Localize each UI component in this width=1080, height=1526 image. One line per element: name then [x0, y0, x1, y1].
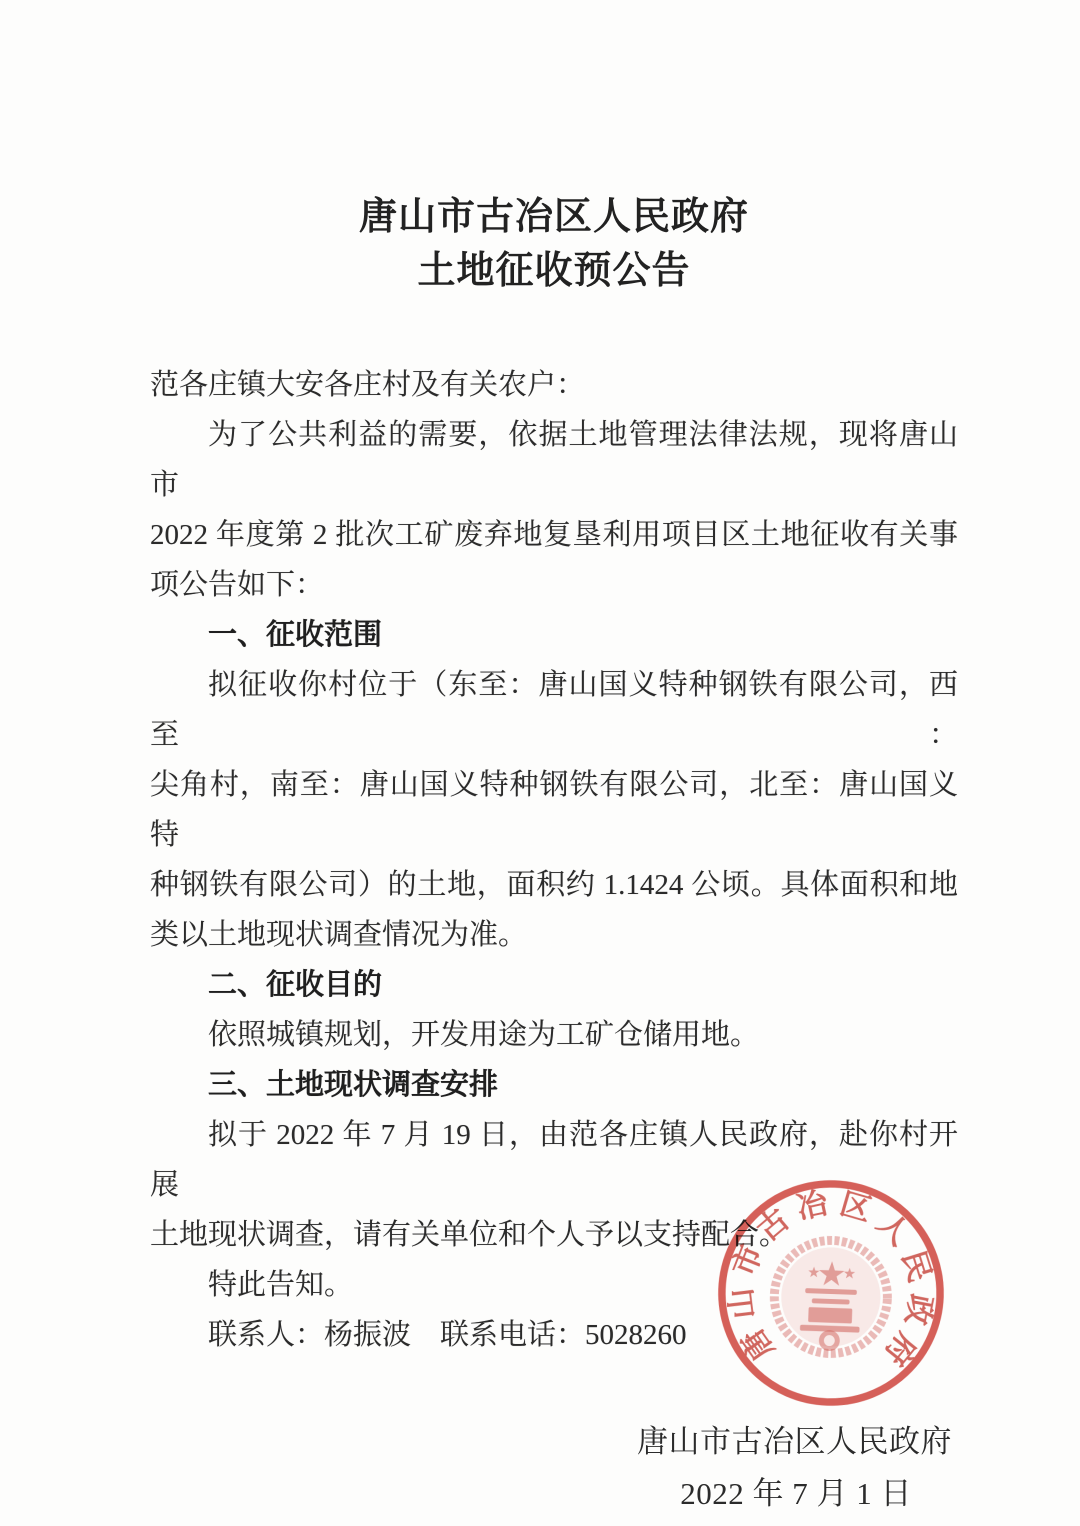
section-3-line-1: 拟于 2022 年 7 月 19 日，由范各庄镇人民政府，赴你村开展	[150, 1110, 958, 1210]
document-title-line-2: 土地征收预公告	[150, 244, 958, 298]
section-3-heading: 三、土地现状调查安排	[150, 1060, 958, 1110]
contact-line: 联系人：杨振波 联系电话：5028260	[150, 1310, 958, 1360]
section-3-line-2: 土地现状调查，请有关单位和个人予以支持配合。	[150, 1210, 958, 1260]
intro-line-3: 项公告如下：	[150, 560, 958, 610]
intro-line-1: 为了公共利益的需要，依据土地管理法律法规，现将唐山市	[150, 410, 958, 510]
section-1-line-3: 种钢铁有限公司）的土地，面积约 1.1424 公顷。具体面积和地	[150, 860, 958, 910]
section-1-line-1: 拟征收你村位于（东至：唐山国义特种钢铁有限公司，西至：	[150, 660, 958, 760]
signature-date: 2022 年 7 月 1 日	[150, 1468, 958, 1520]
closing-line: 特此告知。	[150, 1260, 958, 1310]
section-2-heading: 二、征收目的	[150, 960, 958, 1010]
intro-line-2: 2022 年度第 2 批次工矿废弃地复垦利用项目区土地征收有关事	[150, 510, 958, 560]
document-title: 唐山市古冶区人民政府 土地征收预公告	[150, 190, 958, 298]
section-1-line-4: 类以土地现状调查情况为准。	[150, 910, 958, 960]
announcement-page: 唐山市古冶区人民政府 土地征收预公告 范各庄镇大安各庄村及有关农户： 为了公共利…	[0, 0, 1080, 1526]
document-content: 唐山市古冶区人民政府 土地征收预公告 范各庄镇大安各庄村及有关农户： 为了公共利…	[150, 0, 958, 1520]
document-title-line-1: 唐山市古冶区人民政府	[150, 190, 958, 244]
section-2-line-1: 依照城镇规划，开发用途为工矿仓储用地。	[150, 1010, 958, 1060]
salutation-line: 范各庄镇大安各庄村及有关农户：	[150, 360, 958, 410]
section-1-line-2: 尖角村，南至：唐山国义特种钢铁有限公司，北至：唐山国义特	[150, 760, 958, 860]
signature-block: 唐山市古冶区人民政府 2022 年 7 月 1 日	[150, 1416, 958, 1520]
document-body: 范各庄镇大安各庄村及有关农户： 为了公共利益的需要，依据土地管理法律法规，现将唐…	[150, 360, 958, 1360]
section-1-heading: 一、征收范围	[150, 610, 958, 660]
signature-issuer: 唐山市古冶区人民政府	[150, 1416, 958, 1468]
